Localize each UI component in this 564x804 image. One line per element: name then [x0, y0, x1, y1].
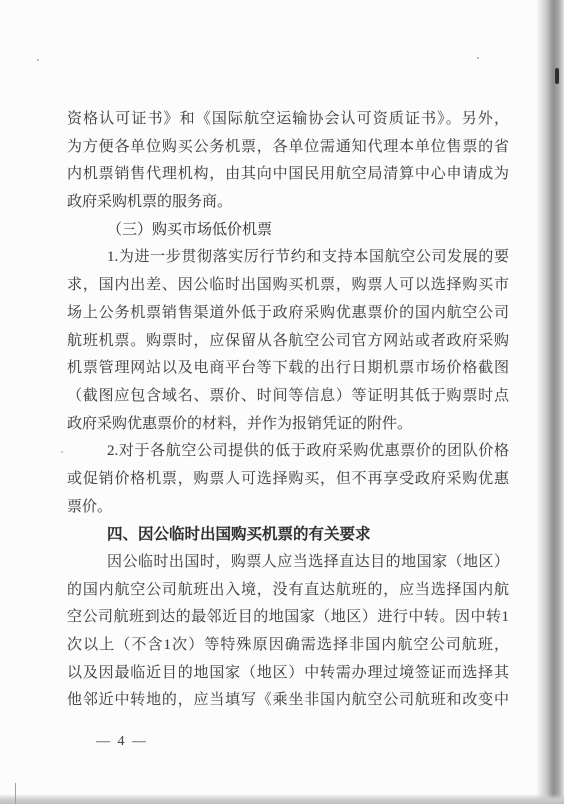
text-line: 以及因最临近目的地国家（地区）中转需办理过境签证而选择其 — [67, 660, 509, 688]
text-line: 资格认可证书》和《国际航空运输协会认可资质证书》。另外， — [67, 106, 509, 134]
text-line: 航班机票。购票时，应保留从各航空公司官方网站或者政府采购 — [67, 328, 509, 356]
text-line: 或促销价格机票，购票人可选择购买，但不再享受政府采购优惠 — [67, 466, 509, 494]
text-line: 为方便各单位购买公务机票，各单位需通知代理本单位售票的省 — [67, 134, 509, 162]
scanned-document-page: 资格认可证书》和《国际航空运输协会认可资质证书》。另外，为方便各单位购买公务机票… — [0, 0, 564, 804]
scan-speck — [37, 59, 39, 61]
text-line: 空公司航班到达的最邻近目的地国家（地区）进行中转。因中转1 — [67, 604, 509, 632]
text-line: 机票管理网站以及电商平台等下载的出行日期机票市场价格截图 — [67, 355, 509, 383]
scan-edge-shadow-right — [536, 0, 564, 804]
text-line: 2.对于各航空公司提供的低于政府采购优惠票价的团队价格 — [67, 438, 509, 466]
text-line: 1.为进一步贯彻落实厉行节约和支持本国航空公司发展的要 — [67, 244, 509, 272]
text-line: 政府采购机票的服务商。 — [67, 189, 509, 217]
scan-speck — [61, 451, 63, 453]
text-line: 四、因公临时出国购买机票的有关要求 — [67, 521, 509, 549]
text-line: 因公临时出国时，购票人应当选择直达目的地国家（地区） — [67, 549, 509, 577]
scan-speck — [477, 57, 479, 59]
text-line: 的国内航空公司航班出入境，没有直达航班的，应当选择国内航 — [67, 577, 509, 605]
scan-fold-line — [15, 783, 16, 804]
scan-edge-shadow-bottom — [0, 794, 564, 804]
text-line: 求，国内出差、因公临时出国购买机票，购票人可以选择购买市 — [67, 272, 509, 300]
text-line: （截图应包含域名、票价、时间等信息）等证明其低于购票时点 — [67, 383, 509, 411]
text-line: （三）购买市场低价机票 — [67, 217, 509, 245]
page-number: — 4 — — [96, 732, 148, 752]
document-body: 资格认可证书》和《国际航空运输协会认可资质证书》。另外，为方便各单位购买公务机票… — [67, 106, 509, 715]
text-line: 次以上（不含1次）等特殊原因确需选择非国内航空公司航班， — [67, 632, 509, 660]
text-line: 政府采购优惠票价的材料，并作为报销凭证的附件。 — [67, 411, 509, 439]
text-line: 票价。 — [67, 494, 509, 522]
text-line: 内机票销售代理机构，由其向中国民用航空局清算中心申请成为 — [67, 161, 509, 189]
scan-ink-mark — [555, 68, 559, 84]
text-line: 他邻近中转地的，应当填写《乘坐非国内航空公司航班和改变中 — [67, 687, 509, 715]
text-line: 场上公务机票销售渠道外低于政府采购优惠票价的国内航空公司 — [67, 300, 509, 328]
